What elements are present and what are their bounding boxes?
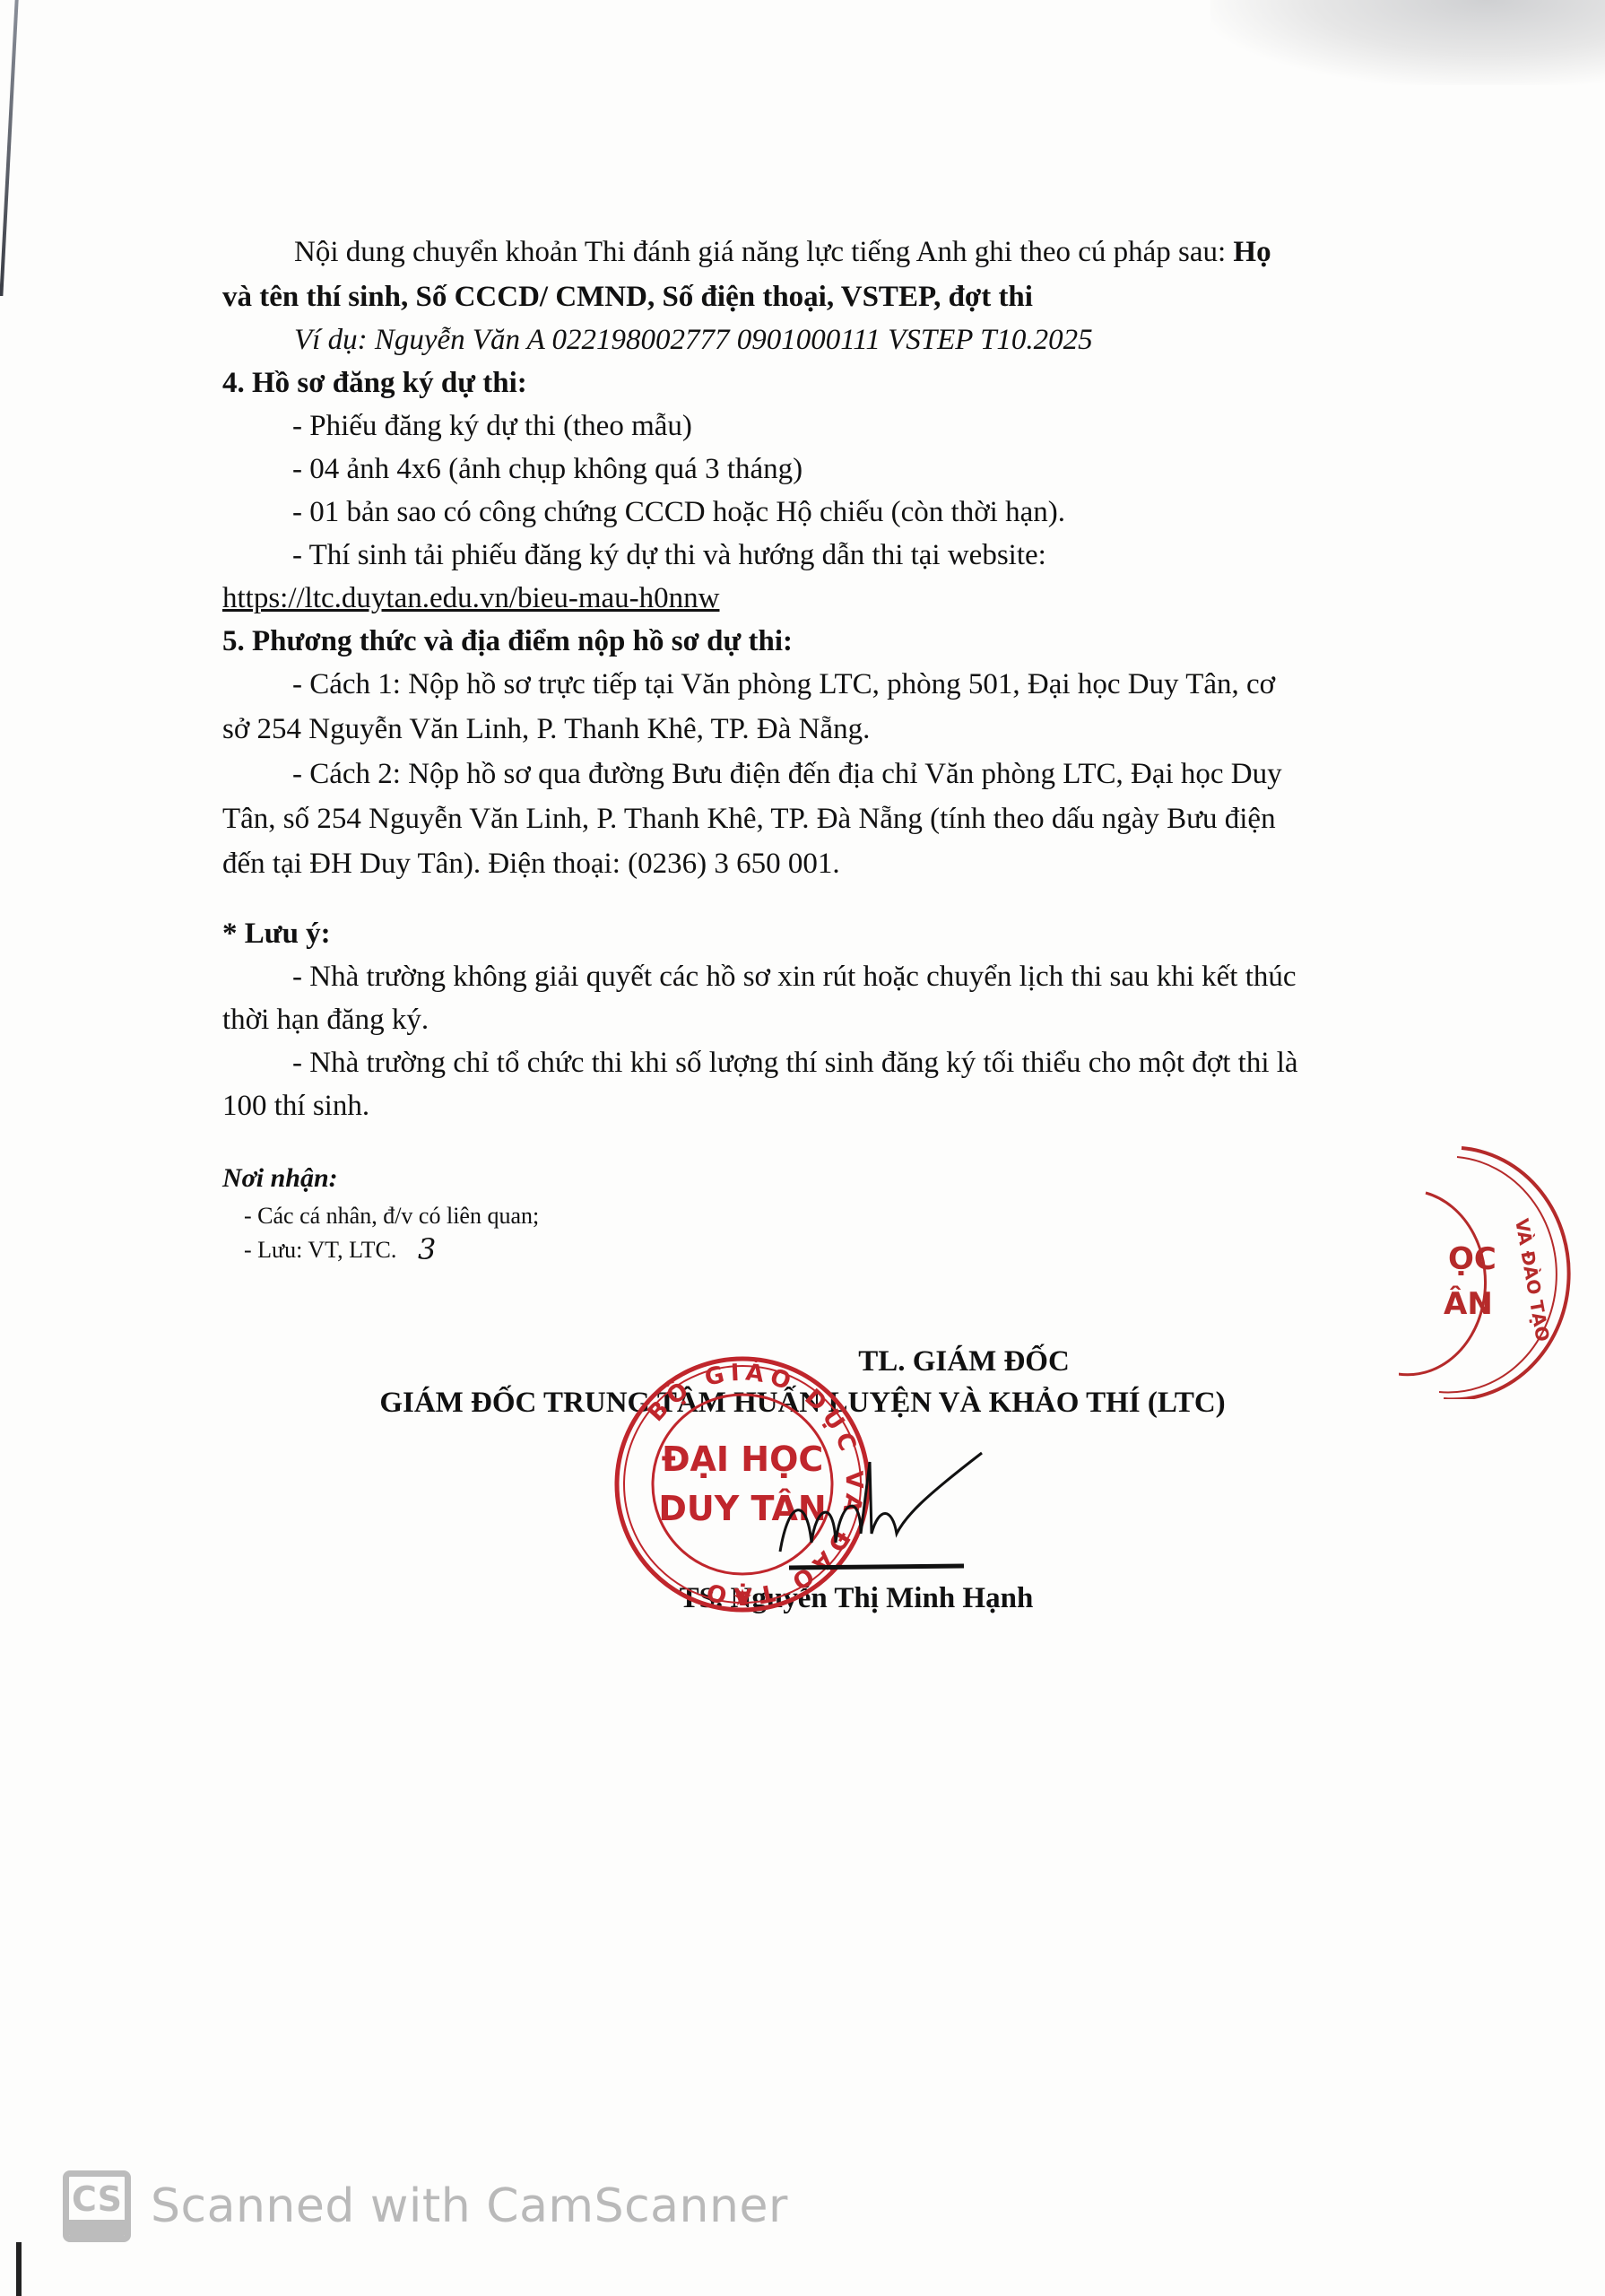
signer-name: TS. Nguyễn Thị Minh Hạnh (54, 1582, 1605, 1615)
watermark-text: Scanned with CamScanner (151, 2179, 788, 2233)
recipient-item: - Các cá nhân, đ/v có liên quan; (244, 1200, 539, 1232)
page-edge-bottom (16, 2242, 22, 2296)
section4-heading: 4. Hồ sơ đăng ký dự thi: (222, 362, 527, 404)
note2-line2: 100 thí sinh. (222, 1085, 369, 1127)
partial-stamp-ring: VÀ ĐÀO TẠO (1511, 1217, 1554, 1344)
transfer-example: Ví dụ: Nguyễn Văn A 022198002777 0901000… (294, 319, 1093, 361)
camscanner-watermark: CS Scanned with CamScanner (63, 2170, 788, 2242)
method1-line1: - Cách 1: Nộp hồ sơ trực tiếp tại Văn ph… (292, 664, 1275, 706)
section4-item: - 01 bản sao có công chứng CCCD hoặc Hộ … (292, 491, 1065, 534)
transfer-note-line1: Nội dung chuyển khoản Thi đánh giá năng … (294, 231, 1271, 274)
signature-title1: TL. GIÁM ĐỐC (161, 1345, 1605, 1378)
scan-shadow (1210, 0, 1605, 85)
website-link[interactable]: https://ltc.duytan.edu.vn/bieu-mau-h0nnw (222, 578, 720, 620)
method2-line2: Tân, số 254 Nguyễn Văn Linh, P. Thanh Kh… (222, 798, 1276, 840)
notes-heading: * Lưu ý: (222, 913, 331, 955)
handwritten-signature (771, 1444, 986, 1578)
section5-heading: 5. Phương thức và địa điểm nộp hồ sơ dự … (222, 621, 793, 663)
note1-line1: - Nhà trường không giải quyết các hồ sơ … (292, 956, 1297, 998)
page-edge-shadow (0, 0, 19, 296)
signature-title2: GIÁM ĐỐC TRUNG TÂM HUẤN LUYỆN VÀ KHẢO TH… (0, 1387, 1605, 1420)
note1-line2: thời hạn đăng ký. (222, 999, 429, 1041)
camscanner-logo-icon: CS (63, 2170, 131, 2242)
partial-stamp-line2: ÂN (1444, 1285, 1493, 1322)
recipients-heading: Nơi nhận: (222, 1162, 338, 1195)
handwritten-mark: 3 (418, 1229, 436, 1271)
partial-stamp-line1: ỌC (1448, 1241, 1497, 1277)
stamp-line1: ĐẠI HỌC (662, 1439, 824, 1479)
transfer-note-line2: và tên thí sinh, Số CCCD/ CMND, Số điện … (222, 276, 1033, 318)
method2-line1: - Cách 2: Nộp hồ sơ qua đường Bưu điện đ… (292, 753, 1282, 796)
method2-line3: đến tại ĐH Duy Tân). Điện thoại: (0236) … (222, 843, 840, 885)
section4-item: - Thí sinh tải phiếu đăng ký dự thi và h… (292, 535, 1046, 577)
stamp-line2: DUY TÂN (658, 1489, 826, 1528)
recipient-item: - Lưu: VT, LTC. (244, 1234, 396, 1266)
method1-line2: sở 254 Nguyễn Văn Linh, P. Thanh Khê, TP… (222, 709, 870, 751)
note2-line1: - Nhà trường chỉ tổ chức thi khi số lượn… (292, 1042, 1298, 1084)
section4-item: - Phiếu đăng ký dự thi (theo mẫu) (292, 405, 692, 448)
section4-item: - 04 ảnh 4x6 (ảnh chụp không quá 3 tháng… (292, 448, 802, 491)
